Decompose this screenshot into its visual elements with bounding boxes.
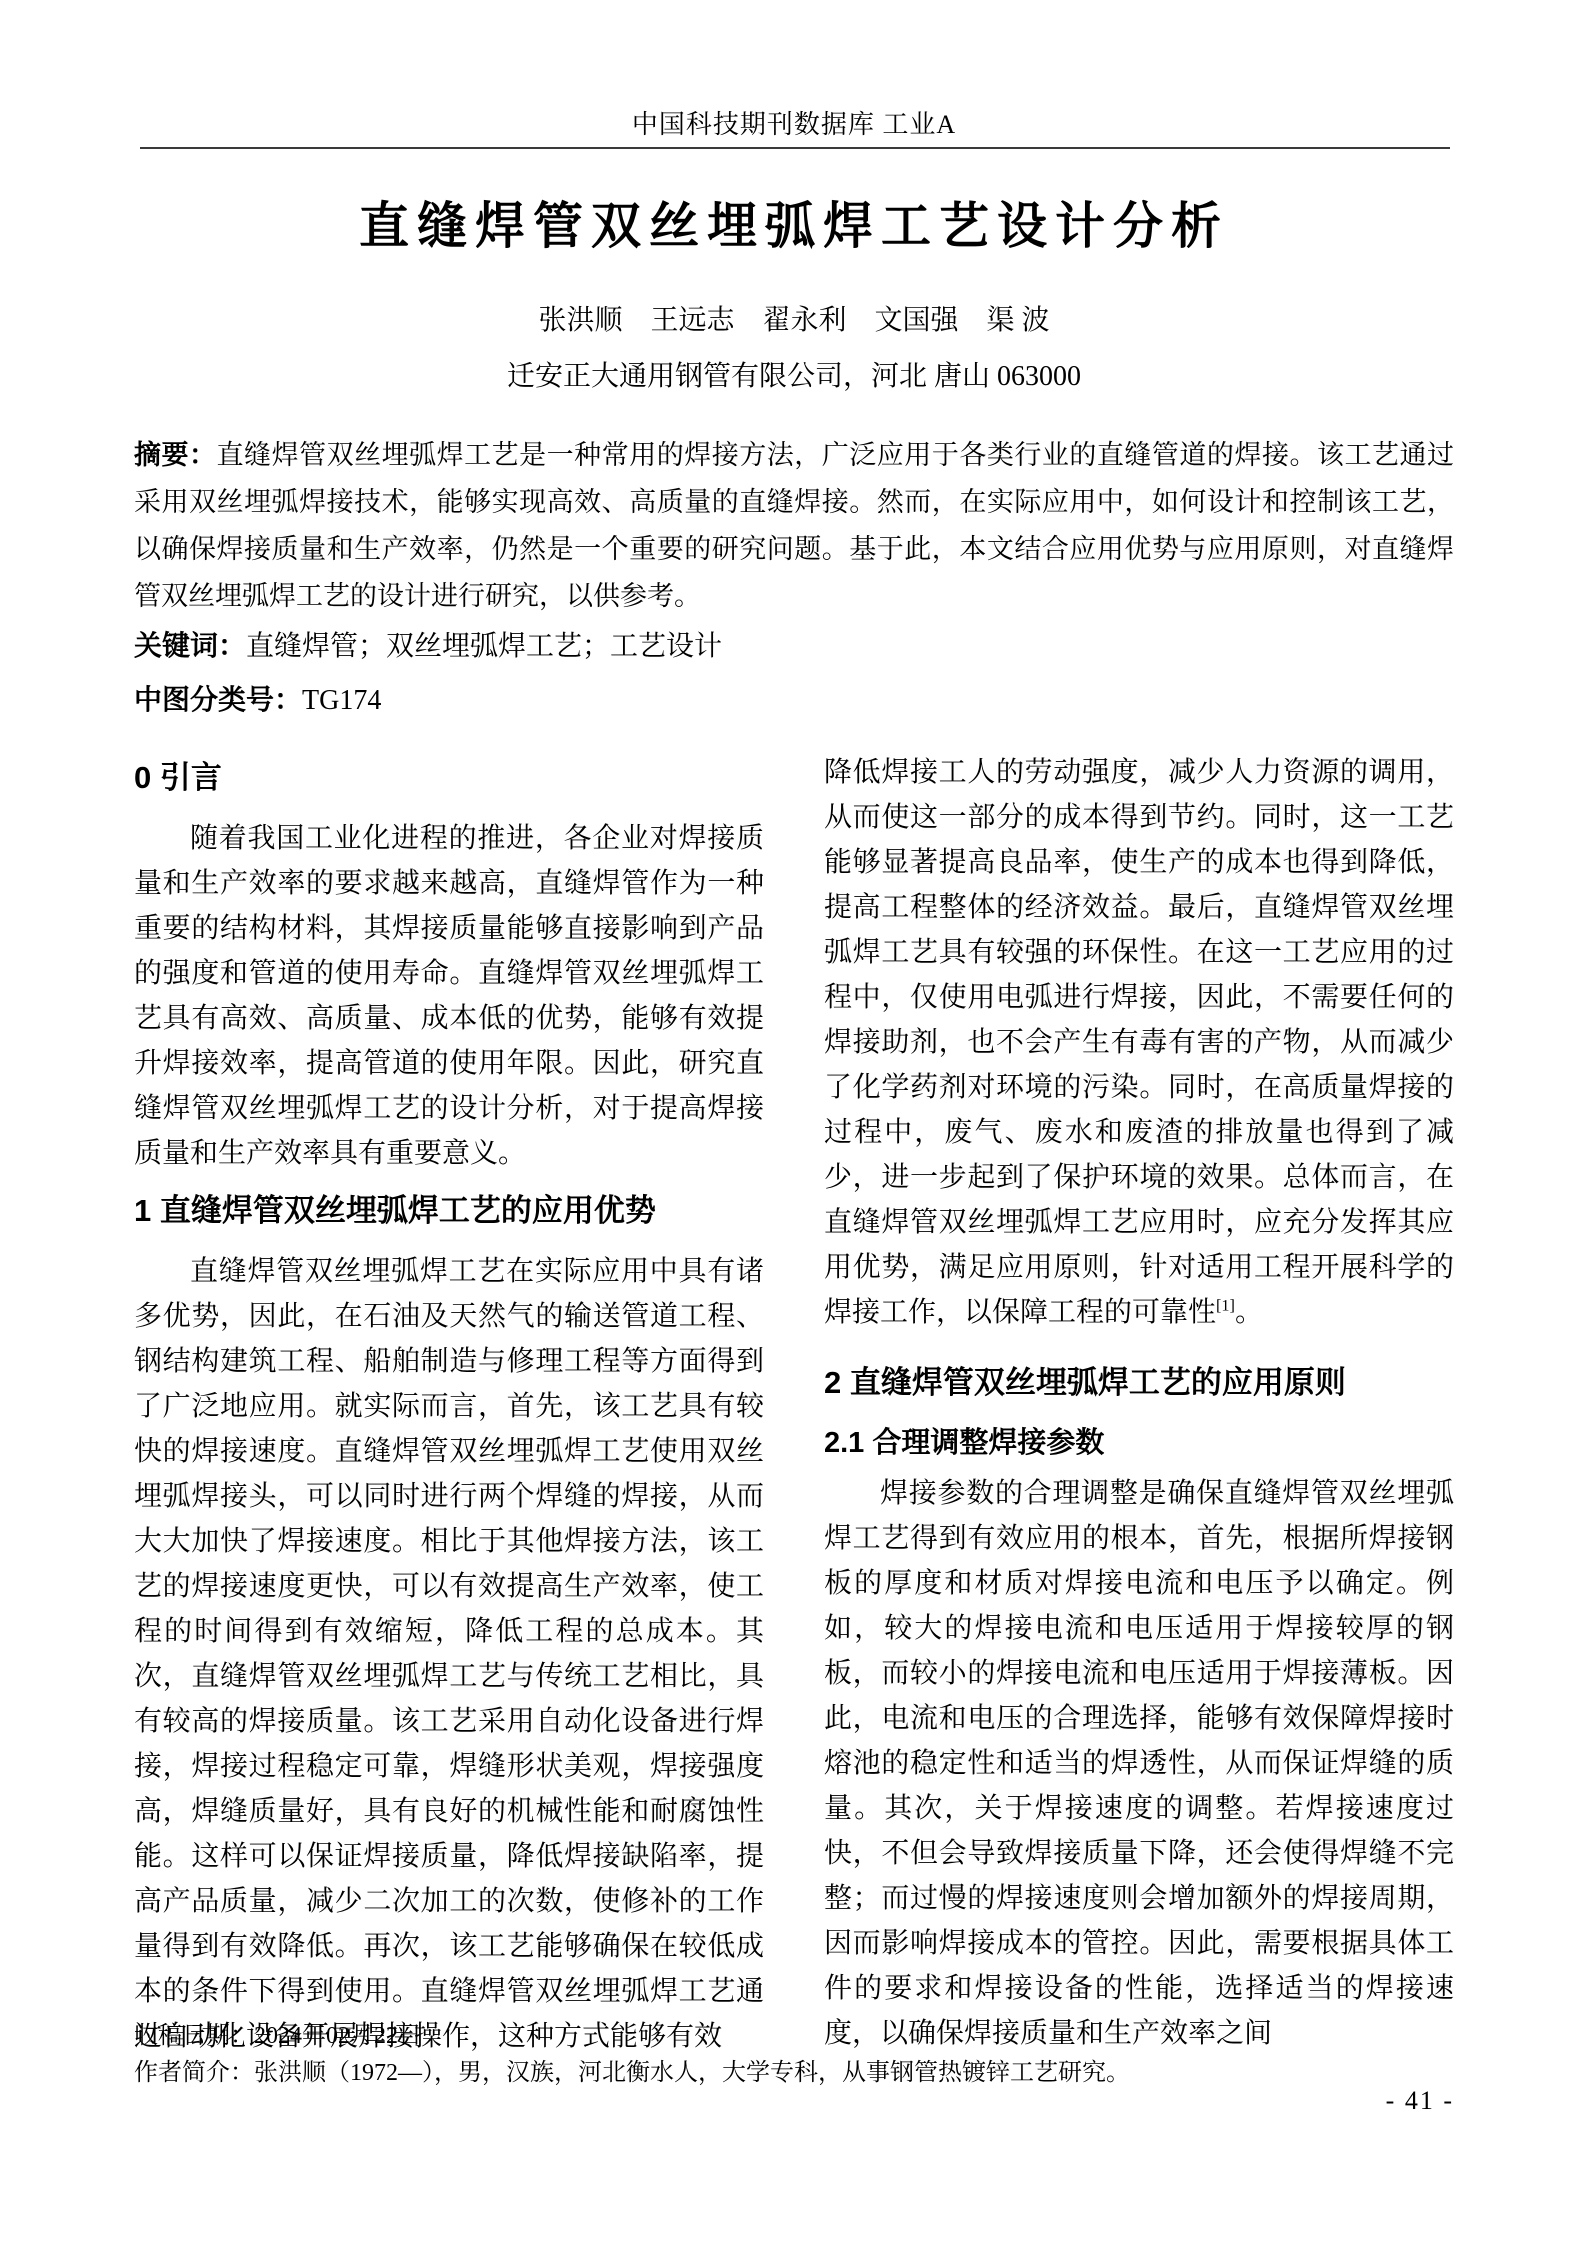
paragraph-advantages-continued: 降低焊接工人的劳动强度，减少人力资源的调用，从而使这一部分的成本得到节约。同时，… [824,750,1454,1335]
section-heading-principles: 2 直缝焊管双丝埋弧焊工艺的应用原则 [824,1363,1454,1403]
subsection-heading-parameters: 2.1 合理调整焊接参数 [824,1425,1454,1461]
right-column: 降低焊接工人的劳动强度，减少人力资源的调用，从而使这一部分的成本得到节约。同时，… [824,750,1454,2056]
section-heading-introduction: 0 引言 [134,758,764,798]
affiliation-line: 迁安正大通用钢管有限公司，河北 唐山 063000 [0,354,1588,394]
citation-ref-1: [1] [1216,1297,1235,1315]
article-title: 直缝焊管双丝埋弧焊工艺设计分析 [0,186,1588,258]
section-heading-advantages: 1 直缝焊管双丝埋弧焊工艺的应用优势 [134,1191,764,1231]
authors-line: 张洪顺 王远志 翟永利 文国强 渠 波 [0,298,1588,338]
journal-header: 中国科技期刊数据库 工业A [0,104,1588,141]
clc-label: 中图分类号： [134,684,302,715]
document-page: 中国科技期刊数据库 工业A 直缝焊管双丝埋弧焊工艺设计分析 张洪顺 王远志 翟永… [0,0,1588,2245]
paragraph-advantages-continued-text: 降低焊接工人的劳动强度，减少人力资源的调用，从而使这一部分的成本得到节约。同时，… [824,757,1454,1328]
clc-value: TG174 [302,685,381,716]
page-number: - 41 - [134,2086,1454,2116]
keywords-label: 关键词： [134,630,246,661]
header-rule [140,147,1450,149]
footnote-block: 收稿日期：2024年02月22日 作者简介：张洪顺（1972—），男，汉族，河北… [134,2018,1454,2092]
abstract-block: 摘要：直缝焊管双丝埋弧焊工艺是一种常用的焊接方法，广泛应用于各类行业的直缝管道的… [134,432,1454,620]
paragraph-advantages-continued-period: 。 [1235,1297,1263,1328]
abstract-text: 直缝焊管双丝埋弧焊工艺是一种常用的焊接方法，广泛应用于各类行业的直缝管道的焊接。… [134,440,1454,611]
clc-line: 中图分类号：TG174 [134,680,1454,721]
paragraph-introduction: 随着我国工业化进程的推进，各企业对焊接质量和生产效率的要求越来越高，直缝焊管作为… [134,816,764,1176]
footnote-received-date: 收稿日期：2024年02月22日 [134,2018,1454,2055]
left-column: 0 引言 随着我国工业化进程的推进，各企业对焊接质量和生产效率的要求越来越高，直… [134,750,764,2059]
keywords-text: 直缝焊管；双丝埋弧焊工艺；工艺设计 [246,631,722,662]
abstract-label: 摘要： [134,440,217,470]
paragraph-parameters: 焊接参数的合理调整是确保直缝焊管双丝埋弧焊工艺得到有效应用的根本，首先，根据所焊… [824,1471,1454,2056]
keywords-line: 关键词：直缝焊管；双丝埋弧焊工艺；工艺设计 [134,626,1454,667]
paragraph-advantages: 直缝焊管双丝埋弧焊工艺在实际应用中具有诸多优势，因此，在石油及天然气的输送管道工… [134,1249,764,2059]
